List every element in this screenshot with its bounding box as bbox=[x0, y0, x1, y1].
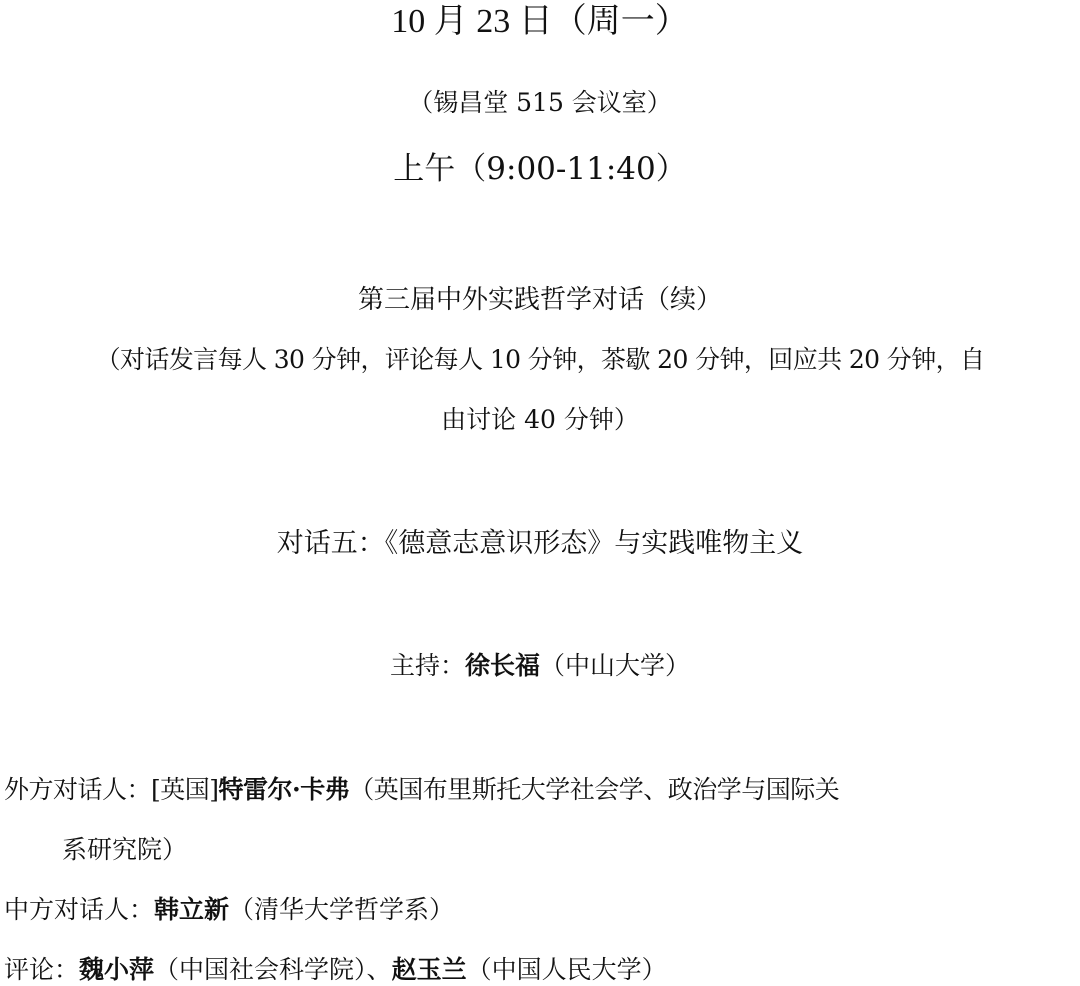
series-title: 第三届中外实践哲学对话（续） bbox=[0, 280, 1080, 320]
foreign-speaker-name: 特雷尔·卡弗 bbox=[219, 775, 350, 804]
commentator-name: 赵玉兰 bbox=[392, 955, 467, 984]
schedule-note-line-1: （对话发言每人 30 分钟，评论每人 10 分钟，茶歇 20 分钟，回应共 20… bbox=[0, 340, 1080, 380]
commentator-separator: 、 bbox=[367, 955, 392, 984]
chinese-speaker-affiliation: （清华大学哲学系） bbox=[229, 895, 454, 924]
foreign-speaker-affiliation: （英国布里斯托大学社会学、政治学与国际关 bbox=[349, 775, 839, 804]
commentator-name: 魏小萍 bbox=[79, 955, 154, 984]
chinese-speaker-label: 中方对话人： bbox=[4, 895, 154, 924]
commentators-line: 评论：魏小萍（中国社会科学院）、赵玉兰（中国人民大学） bbox=[0, 950, 1080, 986]
commentators-label: 评论： bbox=[4, 955, 79, 984]
date-heading: 10 月 23 日（周一） bbox=[0, 0, 1080, 44]
chair-label: 主持： bbox=[390, 651, 465, 680]
chinese-speaker-name: 韩立新 bbox=[154, 895, 229, 924]
chinese-speaker-line: 中方对话人：韩立新（清华大学哲学系） bbox=[0, 890, 1080, 930]
chair-line: 主持：徐长福（中山大学） bbox=[0, 646, 1080, 686]
foreign-speaker-country: [英国] bbox=[151, 775, 219, 804]
foreign-speaker-affiliation-continued: 系研究院） bbox=[0, 830, 1080, 870]
schedule-note-line-2: 由讨论 40 分钟） bbox=[0, 400, 1080, 440]
dialogue-title: 对话五：《德意志意识形态》与实践唯物主义 bbox=[0, 524, 1080, 564]
commentator-affiliation: （中国社会科学院） bbox=[154, 955, 367, 984]
session-time: 上午（9:00-11:40） bbox=[0, 148, 1080, 190]
foreign-speaker-line: 外方对话人：[英国]特雷尔·卡弗（英国布里斯托大学社会学、政治学与国际关 bbox=[0, 770, 1080, 810]
foreign-speaker-label: 外方对话人： bbox=[4, 775, 151, 804]
chair-affiliation: （中山大学） bbox=[540, 651, 690, 680]
chair-name: 徐长福 bbox=[465, 651, 540, 680]
commentator-affiliation: （中国人民大学） bbox=[467, 955, 667, 984]
venue: （锡昌堂 515 会议室） bbox=[0, 83, 1080, 123]
